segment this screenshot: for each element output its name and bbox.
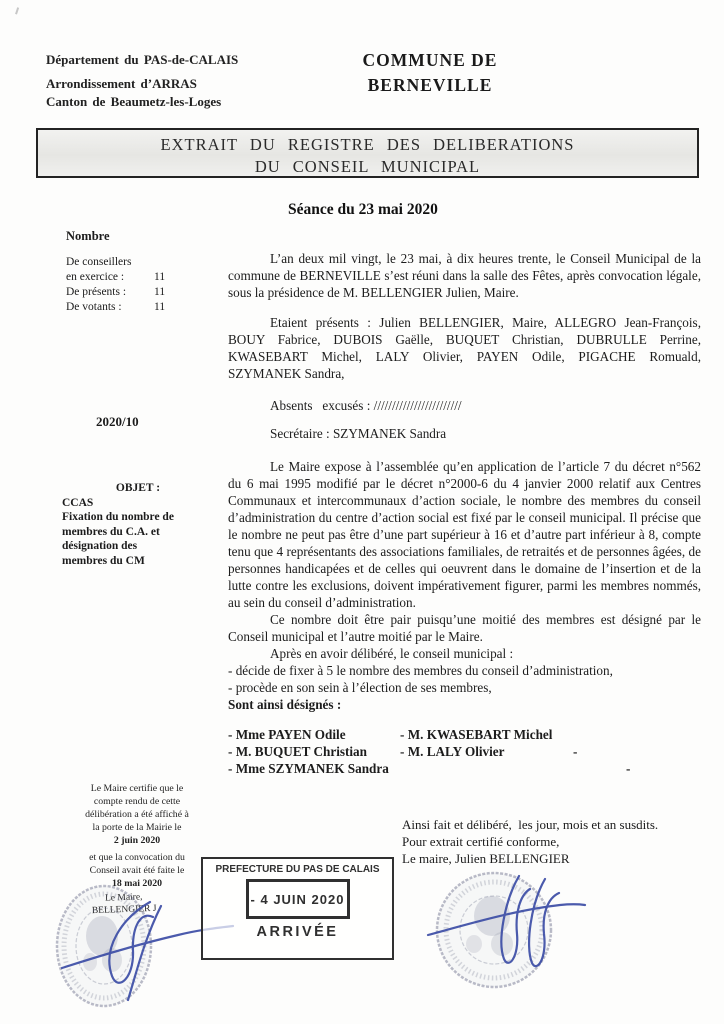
paragraph-expose: Le Maire expose à l’assemblée qu’en appl… — [228, 458, 701, 611]
paragraph-pair-rule: Ce nombre doit être pair puisqu’une moit… — [228, 611, 701, 645]
round-stamp-mairie-right — [437, 873, 551, 987]
paragraph-present-members: Etaient présents : Julien BELLENGIER, Ma… — [228, 314, 701, 382]
objet-heading: OBJET : — [62, 481, 214, 496]
departement-line: Département du PAS-de-CALAIS — [46, 51, 238, 69]
document-title-box: EXTRAIT DU REGISTRE DES DELIBERATIONS DU… — [36, 128, 699, 178]
secretary-line: Secrétaire : SZYMANEK Sandra — [228, 425, 701, 442]
canton-line: Canton de Beaumetz-les-Loges — [46, 93, 238, 111]
count-row: De présents :11 — [66, 285, 192, 300]
paragraph-session-opening: L’an deux mil vingt, le 23 mai, à dix he… — [228, 250, 701, 301]
designated-row: - M. BUQUET Christian- M. LALY Olivier- — [228, 743, 701, 760]
prefecture-stamp-arrivee: ARRIVÉE — [203, 924, 392, 940]
count-row: De votants :11 — [66, 300, 192, 315]
absents-line: Absents excusés : //////////////////////… — [228, 397, 701, 414]
count-row: en exercice :11 — [66, 270, 192, 285]
title-line-1: EXTRAIT DU REGISTRE DES DELIBERATIONS — [38, 134, 697, 156]
affichage-date: 2 juin 2020 — [58, 834, 216, 847]
certification-note: Le Maire certifie que le compte rendu de… — [58, 782, 216, 847]
commune-name: BERNEVILLE — [348, 73, 512, 98]
closing-formula: Ainsi fait et délibéré, les jour, mois e… — [402, 816, 658, 867]
decision-bullet: - décide de fixer à 5 le nombre des memb… — [228, 662, 701, 679]
scanned-deliberation-document: Département du PAS-de-CALAIS Arrondissem… — [0, 0, 724, 1024]
objet-line: Fixation du nombre de — [62, 510, 214, 525]
objet-line: CCAS — [62, 496, 214, 511]
counts-block: De conseillers en exercice :11 De présen… — [66, 255, 192, 315]
scan-artifact — [15, 7, 23, 16]
objet-line: désignation des — [62, 539, 214, 554]
signature-right — [428, 876, 585, 966]
prefecture-stamp-date: - 4 JUIN 2020 — [251, 892, 345, 907]
prefecture-stamp-header: PREFECTURE DU PAS DE CALAIS — [205, 864, 390, 875]
paragraph-decision-intro: Après en avoir délibéré, le conseil muni… — [228, 645, 701, 662]
convocation-date: 18 mai 2020 — [58, 877, 216, 890]
arrondissement-line: Arrondissement d’ARRAS — [46, 75, 238, 93]
convocation-note: et que la convocation du Conseil avait é… — [58, 851, 216, 890]
commune-line: COMMUNE DE — [348, 48, 512, 73]
title-line-2: DU CONSEIL MUNICIPAL — [38, 156, 697, 178]
header-left-block: Département du PAS-de-CALAIS Arrondissem… — [46, 51, 238, 111]
designated-row: - Mme SZYMANEK Sandra- — [228, 760, 701, 777]
count-row: De conseillers — [66, 255, 192, 270]
designated-row: - Mme PAYEN Odile- M. KWASEBART Michel — [228, 726, 701, 743]
deliberation-number: 2020/10 — [96, 414, 139, 430]
objet-line: membres du C.A. et — [62, 525, 214, 540]
designated-members-list: - Mme PAYEN Odile- M. KWASEBART Michel -… — [228, 726, 701, 778]
mayor-signature-caption: Le Maire, BELLENGIER J — [86, 892, 163, 918]
designated-heading: Sont ainsi désignés : — [228, 696, 701, 713]
session-date-title: Séance du 23 mai 2020 — [288, 201, 438, 219]
nombre-heading: Nombre — [66, 229, 110, 244]
prefecture-arrival-stamp: PREFECTURE DU PAS DE CALAIS - 4 JUIN 202… — [201, 857, 394, 960]
deliberation-text-block: Le Maire expose à l’assemblée qu’en appl… — [228, 458, 701, 778]
decision-bullet: - procède en son sein à l’élection de se… — [228, 679, 701, 696]
objet-line: membres du CM — [62, 554, 214, 569]
commune-block: COMMUNE DE BERNEVILLE — [348, 48, 512, 98]
prefecture-stamp-date-box: - 4 JUIN 2020 — [246, 879, 350, 919]
objet-block: OBJET : CCAS Fixation du nombre de membr… — [62, 481, 214, 568]
